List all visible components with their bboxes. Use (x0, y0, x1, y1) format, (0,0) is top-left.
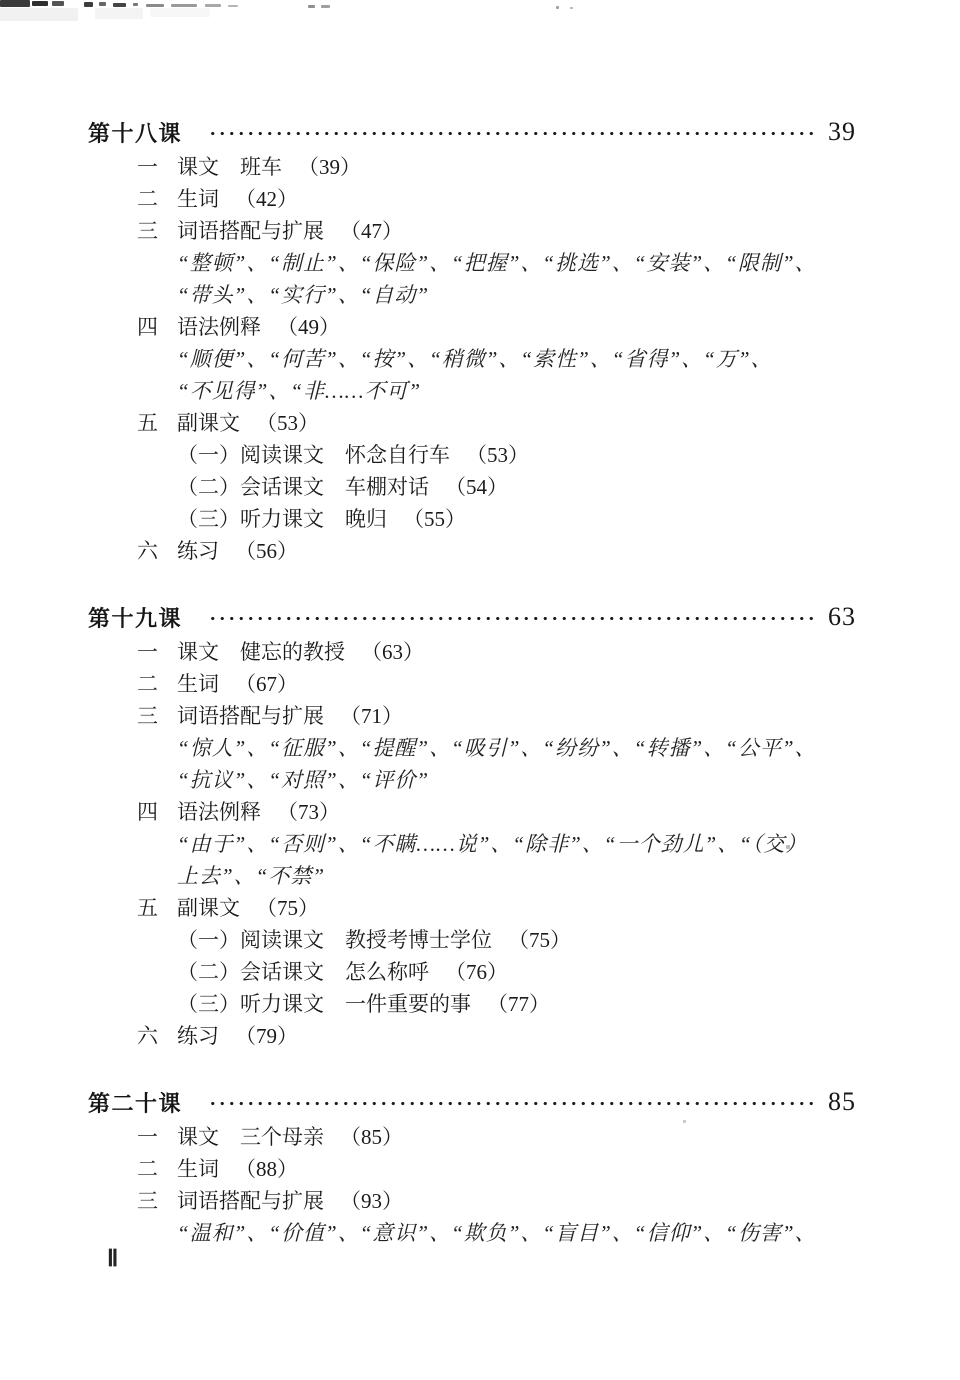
scan-speck (84, 2, 93, 7)
toc-item-row: 二生词（88） (88, 1153, 856, 1185)
item-page-number: （42） (235, 187, 298, 211)
lesson-page-number: 85 (828, 1089, 856, 1115)
scan-speck (133, 3, 138, 6)
item-page-number: （79） (235, 1024, 298, 1048)
scan-speck (146, 4, 164, 7)
toc-item-row: 三词语搭配与扩展（47） (88, 215, 856, 247)
sub-item-label: （二）会话课文 怎么称呼 (177, 960, 429, 984)
sub-item-label: （一）阅读课文 教授考博士学位 (177, 928, 492, 952)
sub-item-page-number: （55） (403, 507, 466, 531)
scan-speck (113, 3, 126, 7)
sub-item-row: （一）阅读课文 教授考博士学位（75） (88, 924, 856, 956)
sub-item-page-number: （77） (487, 992, 550, 1016)
item-label: 生词 (177, 187, 219, 211)
item-number: 三 (137, 1185, 177, 1217)
toc-item-row: 五副课文（75） (88, 892, 856, 924)
item-label: 课文 三个母亲 (177, 1125, 324, 1149)
scan-speck (32, 1, 48, 6)
lesson-title: 第十九课 (88, 602, 182, 633)
item-page-number: （85） (340, 1125, 403, 1149)
item-page-number: （39） (298, 155, 361, 179)
lesson-heading-row: 第十八课39 (88, 116, 856, 148)
lesson-page-number: 63 (828, 604, 856, 630)
toc-item-row: 五副课文（53） (88, 407, 856, 439)
scan-speck (99, 2, 106, 6)
item-number: 六 (137, 1020, 177, 1052)
item-number: 一 (137, 151, 177, 183)
toc-item-row: 三词语搭配与扩展（71） (88, 700, 856, 732)
toc-item-row: 四语法例释（73） (88, 796, 856, 828)
sub-item-row: （一）阅读课文 怀念自行车（53） (88, 439, 856, 471)
toc-item-row: 一课文 三个母亲（85） (88, 1121, 856, 1153)
item-label: 语法例释 (177, 315, 261, 339)
table-of-contents: 第十八课39一课文 班车（39）二生词（42）三词语搭配与扩展（47）“整顿”、… (88, 116, 856, 1249)
item-number: 二 (137, 183, 177, 215)
toc-item-row: 三词语搭配与扩展（93） (88, 1185, 856, 1217)
lesson-heading-row: 第二十课85 (88, 1086, 856, 1118)
sub-item-row: （三）听力课文 一件重要的事（77） (88, 988, 856, 1020)
item-label: 语法例释 (177, 800, 261, 824)
item-number: 三 (137, 215, 177, 247)
item-number: 二 (137, 668, 177, 700)
word-list-line: “整顿”、“制止”、“保险”、“把握”、“挑选”、“安装”、“限制”、 (88, 247, 856, 279)
dotted-leader (208, 1101, 814, 1106)
toc-item-row: 一课文 班车（39） (88, 151, 856, 183)
sub-item-row: （三）听力课文 晚归（55） (88, 503, 856, 535)
sub-item-label: （一）阅读课文 怀念自行车 (177, 443, 450, 467)
scan-speck (308, 5, 315, 8)
item-page-number: （75） (256, 896, 319, 920)
lesson-section: 第二十课85一课文 三个母亲（85）二生词（88）三词语搭配与扩展（93）“温和… (88, 1086, 856, 1249)
sub-item-label: （二）会话课文 车棚对话 (177, 475, 429, 499)
scan-speck (150, 8, 210, 17)
scan-speck (171, 4, 197, 7)
lesson-heading-row: 第十九课63 (88, 601, 856, 633)
item-page-number: （71） (340, 704, 403, 728)
item-page-number: （56） (235, 539, 298, 563)
item-page-number: （47） (340, 219, 403, 243)
scanned-toc-page: 第十八课39一课文 班车（39）二生词（42）三词语搭配与扩展（47）“整顿”、… (0, 0, 960, 1380)
toc-item-row: 四语法例释（49） (88, 311, 856, 343)
sub-item-row: （二）会话课文 怎么称呼（76） (88, 956, 856, 988)
scan-speck (556, 6, 559, 9)
item-label: 词语搭配与扩展 (177, 219, 324, 243)
scan-speck (228, 5, 238, 7)
item-number: 三 (137, 700, 177, 732)
toc-item-row: 二生词（67） (88, 668, 856, 700)
item-page-number: （73） (277, 800, 340, 824)
item-label: 词语搭配与扩展 (177, 1189, 324, 1213)
item-page-number: （67） (235, 672, 298, 696)
item-label: 课文 健忘的教授 (177, 640, 345, 664)
scan-speck (95, 8, 143, 19)
item-number: 五 (137, 892, 177, 924)
sub-item-page-number: （54） (445, 475, 508, 499)
item-number: 一 (137, 1121, 177, 1153)
item-label: 副课文 (177, 896, 240, 920)
item-page-number: （88） (235, 1157, 298, 1181)
item-number: 二 (137, 1153, 177, 1185)
sub-item-row: （二）会话课文 车棚对话（54） (88, 471, 856, 503)
item-page-number: （93） (340, 1189, 403, 1213)
word-list-line: “带头”、“实行”、“自动” (88, 279, 856, 311)
item-label: 练习 (177, 539, 219, 563)
sub-item-label: （三）听力课文 一件重要的事 (177, 992, 471, 1016)
item-number: 五 (137, 407, 177, 439)
sub-item-page-number: （53） (466, 443, 529, 467)
item-page-number: （53） (256, 411, 319, 435)
toc-item-row: 六练习（56） (88, 535, 856, 567)
item-label: 词语搭配与扩展 (177, 704, 324, 728)
sub-item-page-number: （76） (445, 960, 508, 984)
word-list-line: “温和”、“价值”、“意识”、“欺负”、“盲目”、“信仰”、“伤害”、 (88, 1217, 856, 1249)
item-label: 课文 班车 (177, 155, 282, 179)
lesson-title: 第十八课 (88, 117, 182, 148)
word-list-line: “抗议”、“对照”、“评价” (88, 764, 856, 796)
dotted-leader (208, 616, 814, 621)
word-list-line: “由于”、“否则”、“不瞒……说”、“除非”、“一个劲儿”、“（交） (88, 828, 856, 860)
lesson-page-number: 39 (828, 119, 856, 145)
sub-item-page-number: （75） (508, 928, 571, 952)
item-number: 一 (137, 636, 177, 668)
lesson-title: 第二十课 (88, 1087, 182, 1118)
item-label: 生词 (177, 1157, 219, 1181)
toc-item-row: 一课文 健忘的教授（63） (88, 636, 856, 668)
word-list-line: “惊人”、“征服”、“提醒”、“吸引”、“纷纷”、“转播”、“公平”、 (88, 732, 856, 764)
item-number: 六 (137, 535, 177, 567)
toc-item-row: 六练习（79） (88, 1020, 856, 1052)
item-page-number: （63） (361, 640, 424, 664)
item-number: 四 (137, 796, 177, 828)
lesson-section: 第十九课63一课文 健忘的教授（63）二生词（67）三词语搭配与扩展（71）“惊… (88, 601, 856, 1052)
item-label: 生词 (177, 672, 219, 696)
page-footer-numeral: Ⅱ (107, 1246, 118, 1272)
word-list-line: “不见得”、“非……不可” (88, 375, 856, 407)
scan-speck (52, 1, 64, 6)
scan-speck (321, 5, 330, 8)
scan-speck (205, 4, 221, 7)
item-page-number: （49） (277, 315, 340, 339)
item-label: 练习 (177, 1024, 219, 1048)
scan-speck (0, 0, 30, 7)
item-label: 副课文 (177, 411, 240, 435)
scan-speck (570, 7, 573, 9)
lesson-section: 第十八课39一课文 班车（39）二生词（42）三词语搭配与扩展（47）“整顿”、… (88, 116, 856, 567)
scan-speck (0, 8, 78, 21)
sub-item-label: （三）听力课文 晚归 (177, 507, 387, 531)
item-number: 四 (137, 311, 177, 343)
toc-item-row: 二生词（42） (88, 183, 856, 215)
word-list-line: “顺便”、“何苦”、“按”、“稍微”、“索性”、“省得”、“万”、 (88, 343, 856, 375)
word-list-line: 上去”、“不禁” (88, 860, 856, 892)
dotted-leader (208, 131, 814, 136)
